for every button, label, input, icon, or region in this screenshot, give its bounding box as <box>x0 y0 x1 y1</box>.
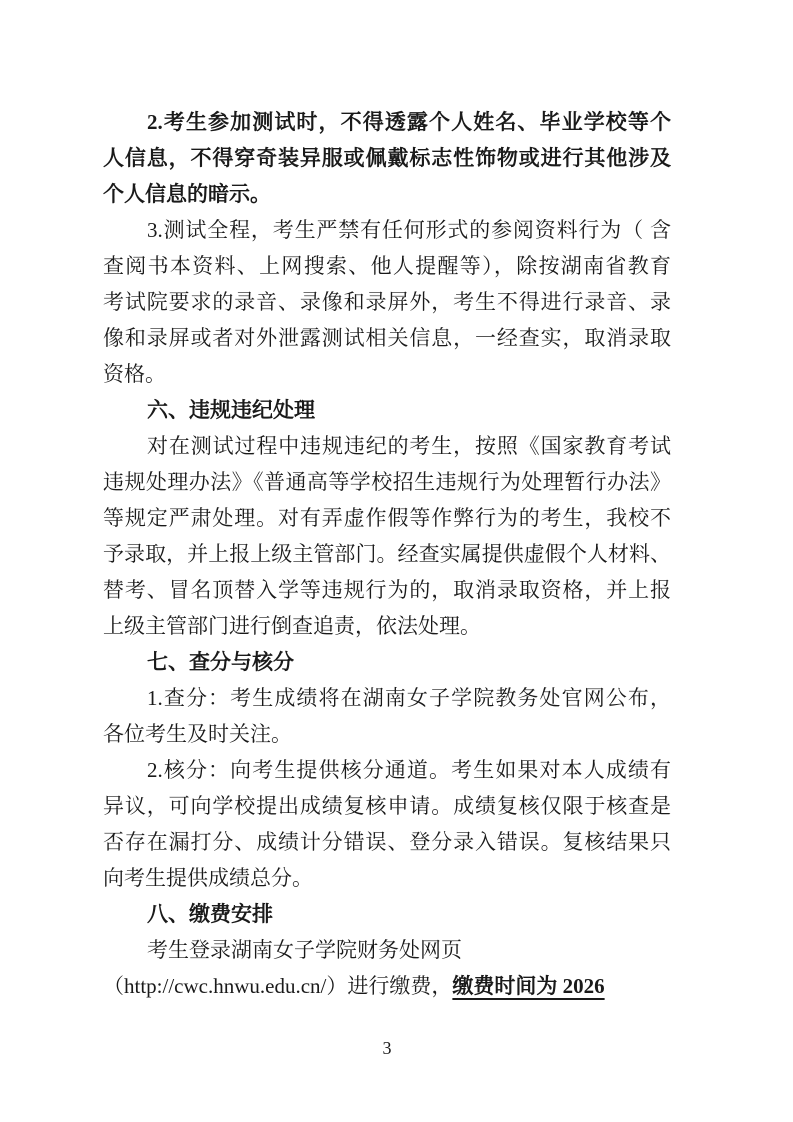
page-number: 3 <box>103 1038 671 1058</box>
text-line: 2.考生参加测试时，不得透露个人姓名、毕业学校等个 <box>103 104 671 140</box>
text-line: 替考、冒名顶替入学等违规行为的，取消录取资格，并上报 <box>103 572 671 608</box>
heading-section-8-payment: 八、缴费安排 <box>103 896 671 932</box>
text-line: 向考生提供成绩总分。 <box>103 860 671 896</box>
text-line: 考试院要求的录音、录像和录屏外，考生不得进行录音、录 <box>103 284 671 320</box>
document-page: 2.考生参加测试时，不得透露个人姓名、毕业学校等个 人信息，不得穿奇装异服或佩戴… <box>0 0 793 1122</box>
text-line: 资格。 <box>103 356 671 392</box>
text-line: 1.查分：考生成绩将在湖南女子学院教务处官网公布， <box>103 680 671 716</box>
heading-section-7-score-check: 七、查分与核分 <box>103 644 671 680</box>
document-body: 2.考生参加测试时，不得透露个人姓名、毕业学校等个 人信息，不得穿奇装异服或佩戴… <box>103 104 671 1004</box>
payment-url-line: （http://cwc.hnwu.edu.cn/）进行缴费，缴费时间为 2026 <box>103 968 671 1004</box>
payment-url-text: （http://cwc.hnwu.edu.cn/）进行缴费， <box>103 974 452 998</box>
text-line: 各位考生及时关注。 <box>103 716 671 752</box>
text-line: 违规处理办法》《普通高等学校招生违规行为处理暂行办法》 <box>103 464 671 500</box>
text-line: 予录取，并上报上级主管部门。经查实属提供虚假个人材料、 <box>103 536 671 572</box>
text-line: 异议，可向学校提出成绩复核申请。成绩复核仅限于核查是 <box>103 788 671 824</box>
text-line: 查阅书本资料、上网搜索、他人提醒等），除按湖南省教育 <box>103 248 671 284</box>
text-line: 像和录屏或者对外泄露测试相关信息，一经查实，取消录取 <box>103 320 671 356</box>
text-line: 上级主管部门进行倒查追责，依法处理。 <box>103 608 671 644</box>
heading-section-6-violation-handling: 六、违规违纪处理 <box>103 392 671 428</box>
paragraph-violation-handling: 对在测试过程中违规违纪的考生，按照《国家教育考试 违规处理办法》《普通高等学校招… <box>103 428 671 644</box>
text-line: 等规定严肃处理。对有弄虚作假等作弊行为的考生，我校不 <box>103 500 671 536</box>
text-line: 个人信息的暗示。 <box>103 176 671 212</box>
text-line: 2.核分：向考生提供核分通道。考生如果对本人成绩有 <box>103 752 671 788</box>
payment-deadline-text: 缴费时间为 2026 <box>452 974 604 998</box>
text-line: 3.测试全程，考生严禁有任何形式的参阅资料行为（ 含 <box>103 212 671 248</box>
paragraph-no-reference-materials: 3.测试全程，考生严禁有任何形式的参阅资料行为（ 含 查阅书本资料、上网搜索、他… <box>103 212 671 392</box>
text-line: 否存在漏打分、成绩计分错误、登分录入错误。复核结果只 <box>103 824 671 860</box>
text-line: 考生登录湖南女子学院财务处网页 <box>103 932 671 968</box>
text-line: 对在测试过程中违规违纪的考生，按照《国家教育考试 <box>103 428 671 464</box>
paragraph-candidate-privacy: 2.考生参加测试时，不得透露个人姓名、毕业学校等个 人信息，不得穿奇装异服或佩戴… <box>103 104 671 212</box>
paragraph-score-verification: 2.核分：向考生提供核分通道。考生如果对本人成绩有 异议，可向学校提出成绩复核申… <box>103 752 671 896</box>
paragraph-payment: 考生登录湖南女子学院财务处网页 （http://cwc.hnwu.edu.cn/… <box>103 932 671 1004</box>
text-line: 人信息，不得穿奇装异服或佩戴标志性饰物或进行其他涉及 <box>103 140 671 176</box>
paragraph-score-inquiry: 1.查分：考生成绩将在湖南女子学院教务处官网公布， 各位考生及时关注。 <box>103 680 671 752</box>
